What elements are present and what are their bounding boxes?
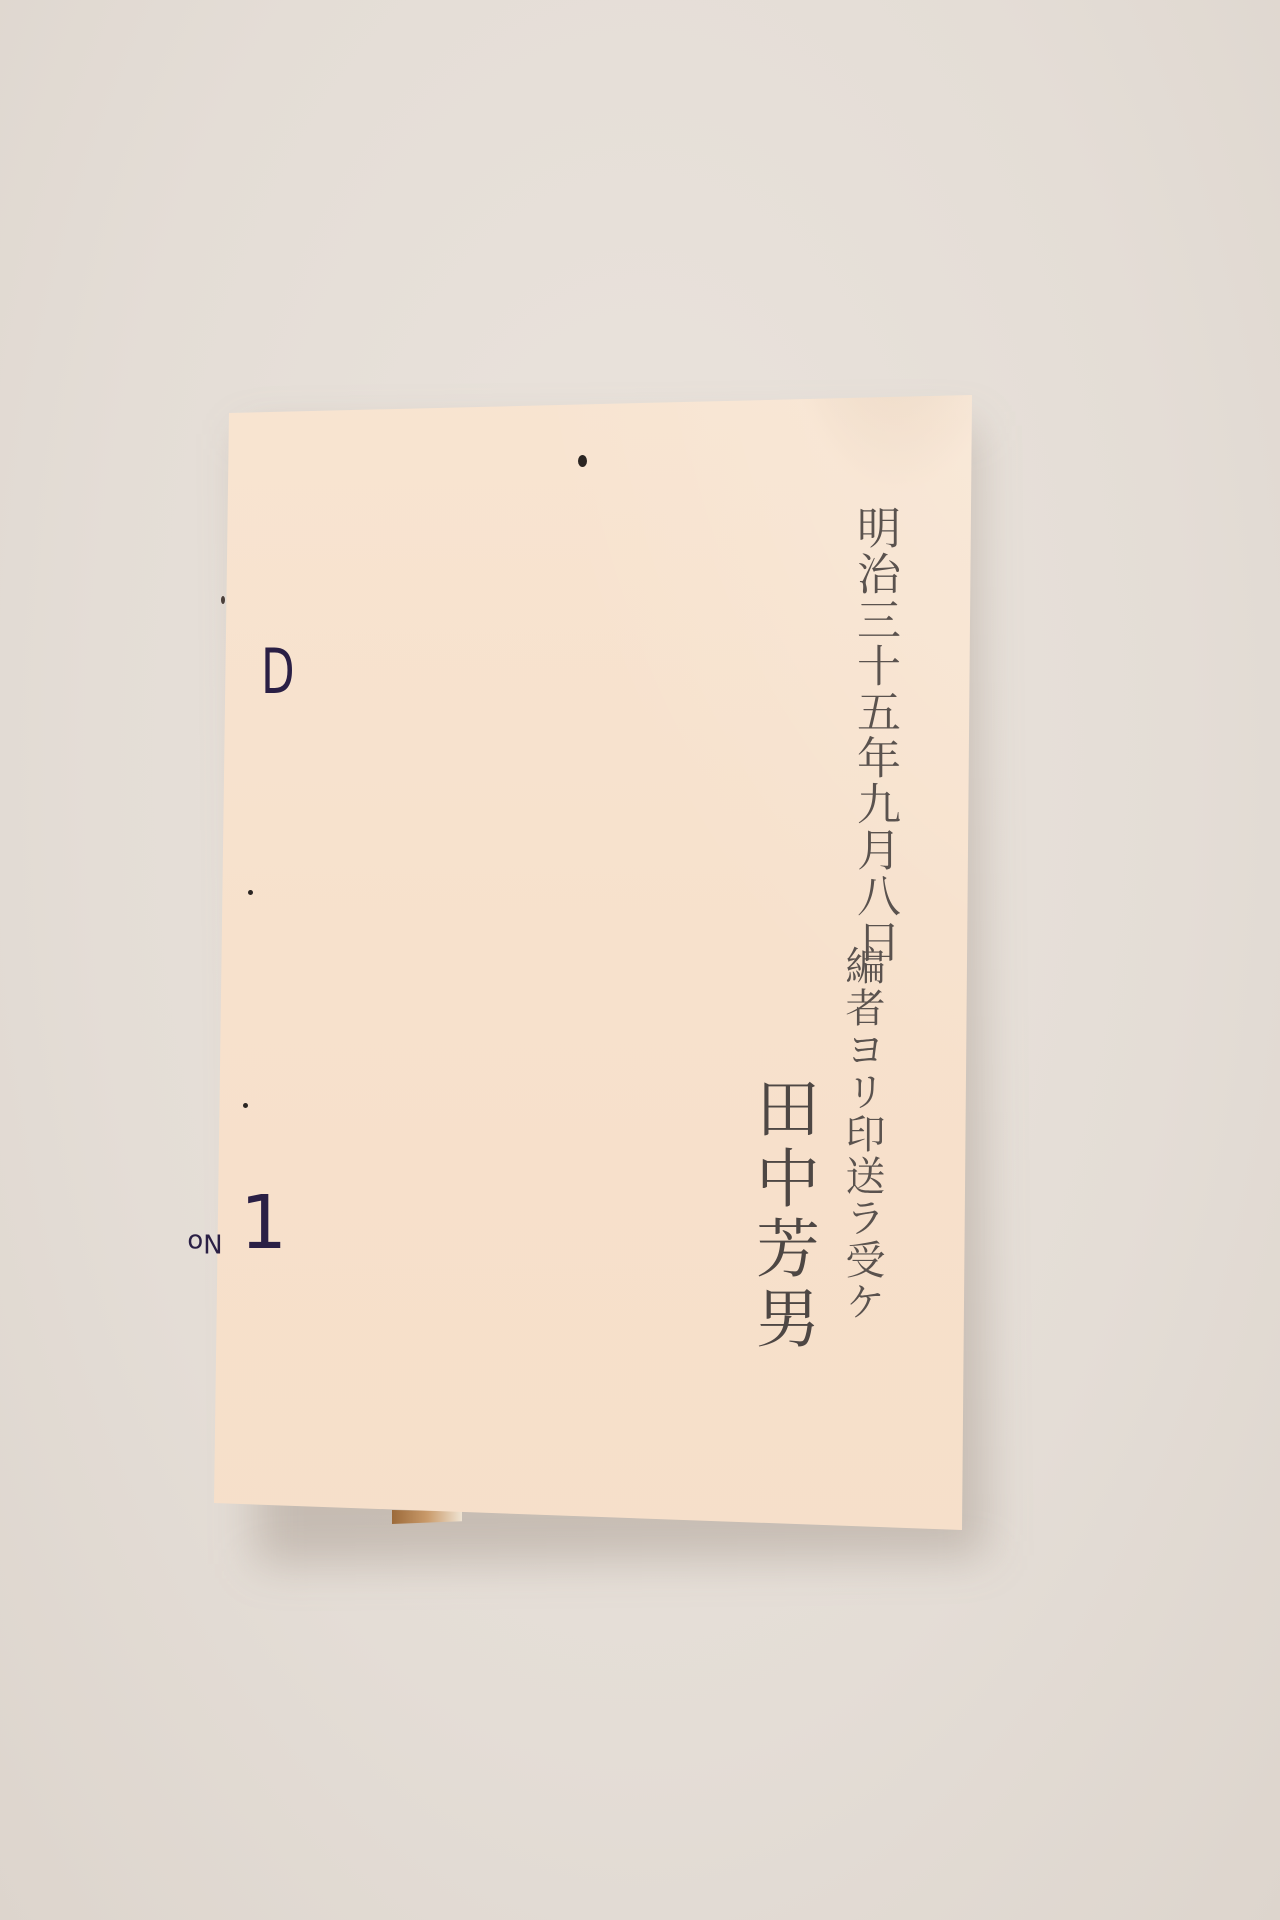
pen-mark-side-note: No xyxy=(187,1228,222,1258)
pen-mark-letter: D xyxy=(261,635,294,708)
binding-hole-bottom xyxy=(243,1103,248,1108)
pen-mark-number: 1 xyxy=(240,1180,287,1266)
date-inscription: 明治三十五年九月八日 xyxy=(852,505,896,965)
author-signature: 田中芳男 xyxy=(750,1075,814,1355)
booklet-cover xyxy=(0,0,1280,1920)
ink-spot xyxy=(578,455,587,467)
binding-hole-top xyxy=(221,596,225,604)
binding-hole-middle xyxy=(248,890,253,895)
compiler-inscription: 編者ヨリ印送ラ受ケ xyxy=(842,945,882,1323)
